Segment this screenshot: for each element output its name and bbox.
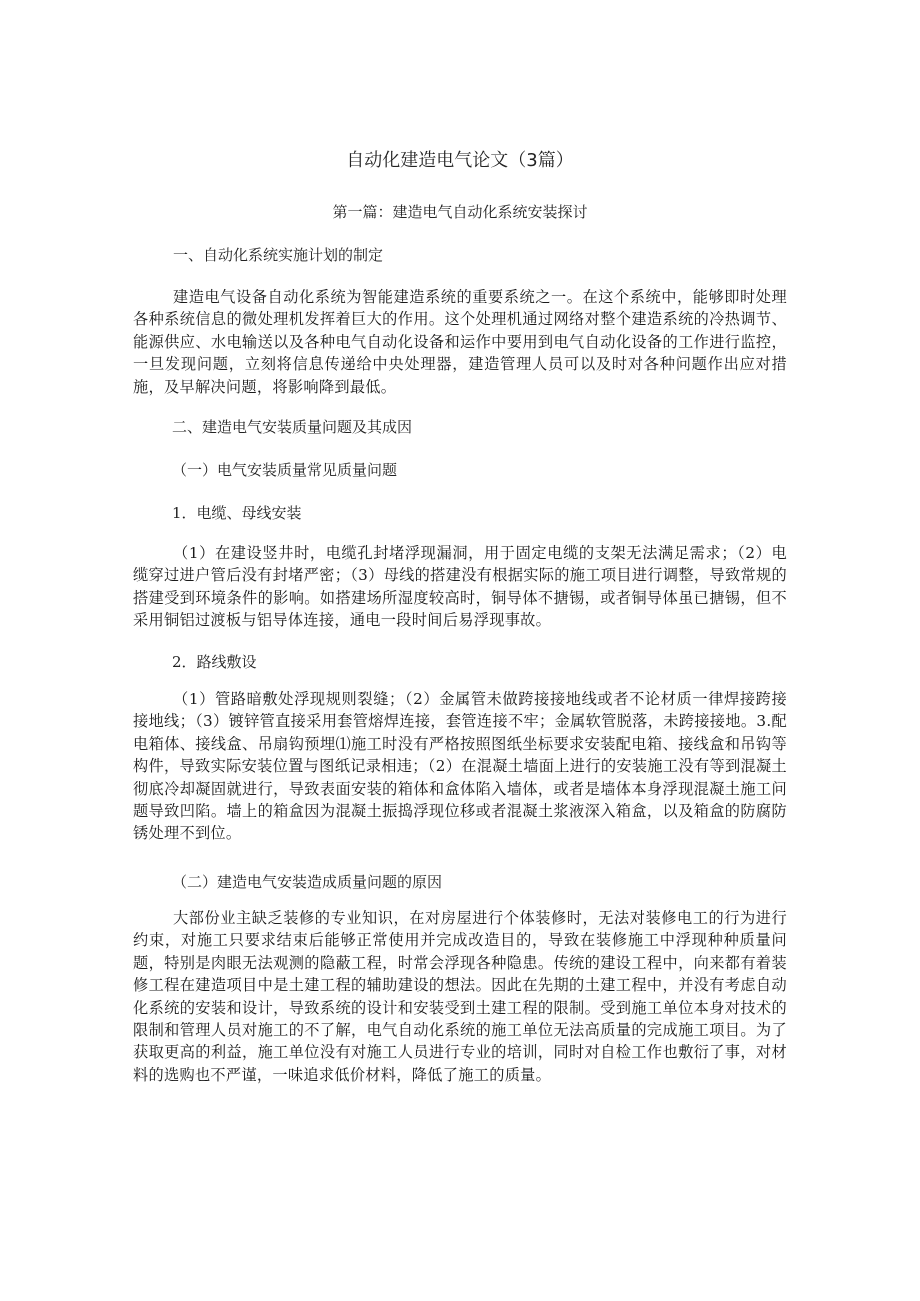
subsection-heading-2: （二）建造电气安装造成质量问题的原因 — [172, 871, 442, 892]
paragraph-4: 大部份业主缺乏装修的专业知识，在对房屋进行个体装修时，无法对装修电工的行为进行约… — [133, 907, 787, 1086]
subsection-heading-1: （一）电气安装质量常见质量问题 — [172, 459, 397, 480]
item-heading-1: 1．电缆、母线安装 — [172, 502, 302, 523]
document-subtitle: 第一篇：建造电气自动化系统安装探讨 — [0, 201, 920, 222]
document-title: 自动化建造电气论文（3篇） — [0, 146, 920, 172]
item-heading-2: 2．路线敷设 — [172, 651, 257, 672]
section-heading-1: 一、自动化系统实施计划的制定 — [173, 244, 383, 265]
section-heading-2: 二、建造电气安装质量问题及其成因 — [172, 416, 412, 437]
paragraph-3: （1）管路暗敷处浮现规则裂缝；（2）金属管未做跨接接地线或者不论材质一律焊接跨接… — [133, 688, 787, 845]
paragraph-2: （1）在建设竖井时，电缆孔封堵浮现漏洞，用于固定电缆的支架无法满足需求；（2）电… — [133, 542, 787, 632]
paragraph-1: 建造电气设备自动化系统为智能建造系统的重要系统之一。在这个系统中，能够即时处理各… — [133, 286, 787, 398]
